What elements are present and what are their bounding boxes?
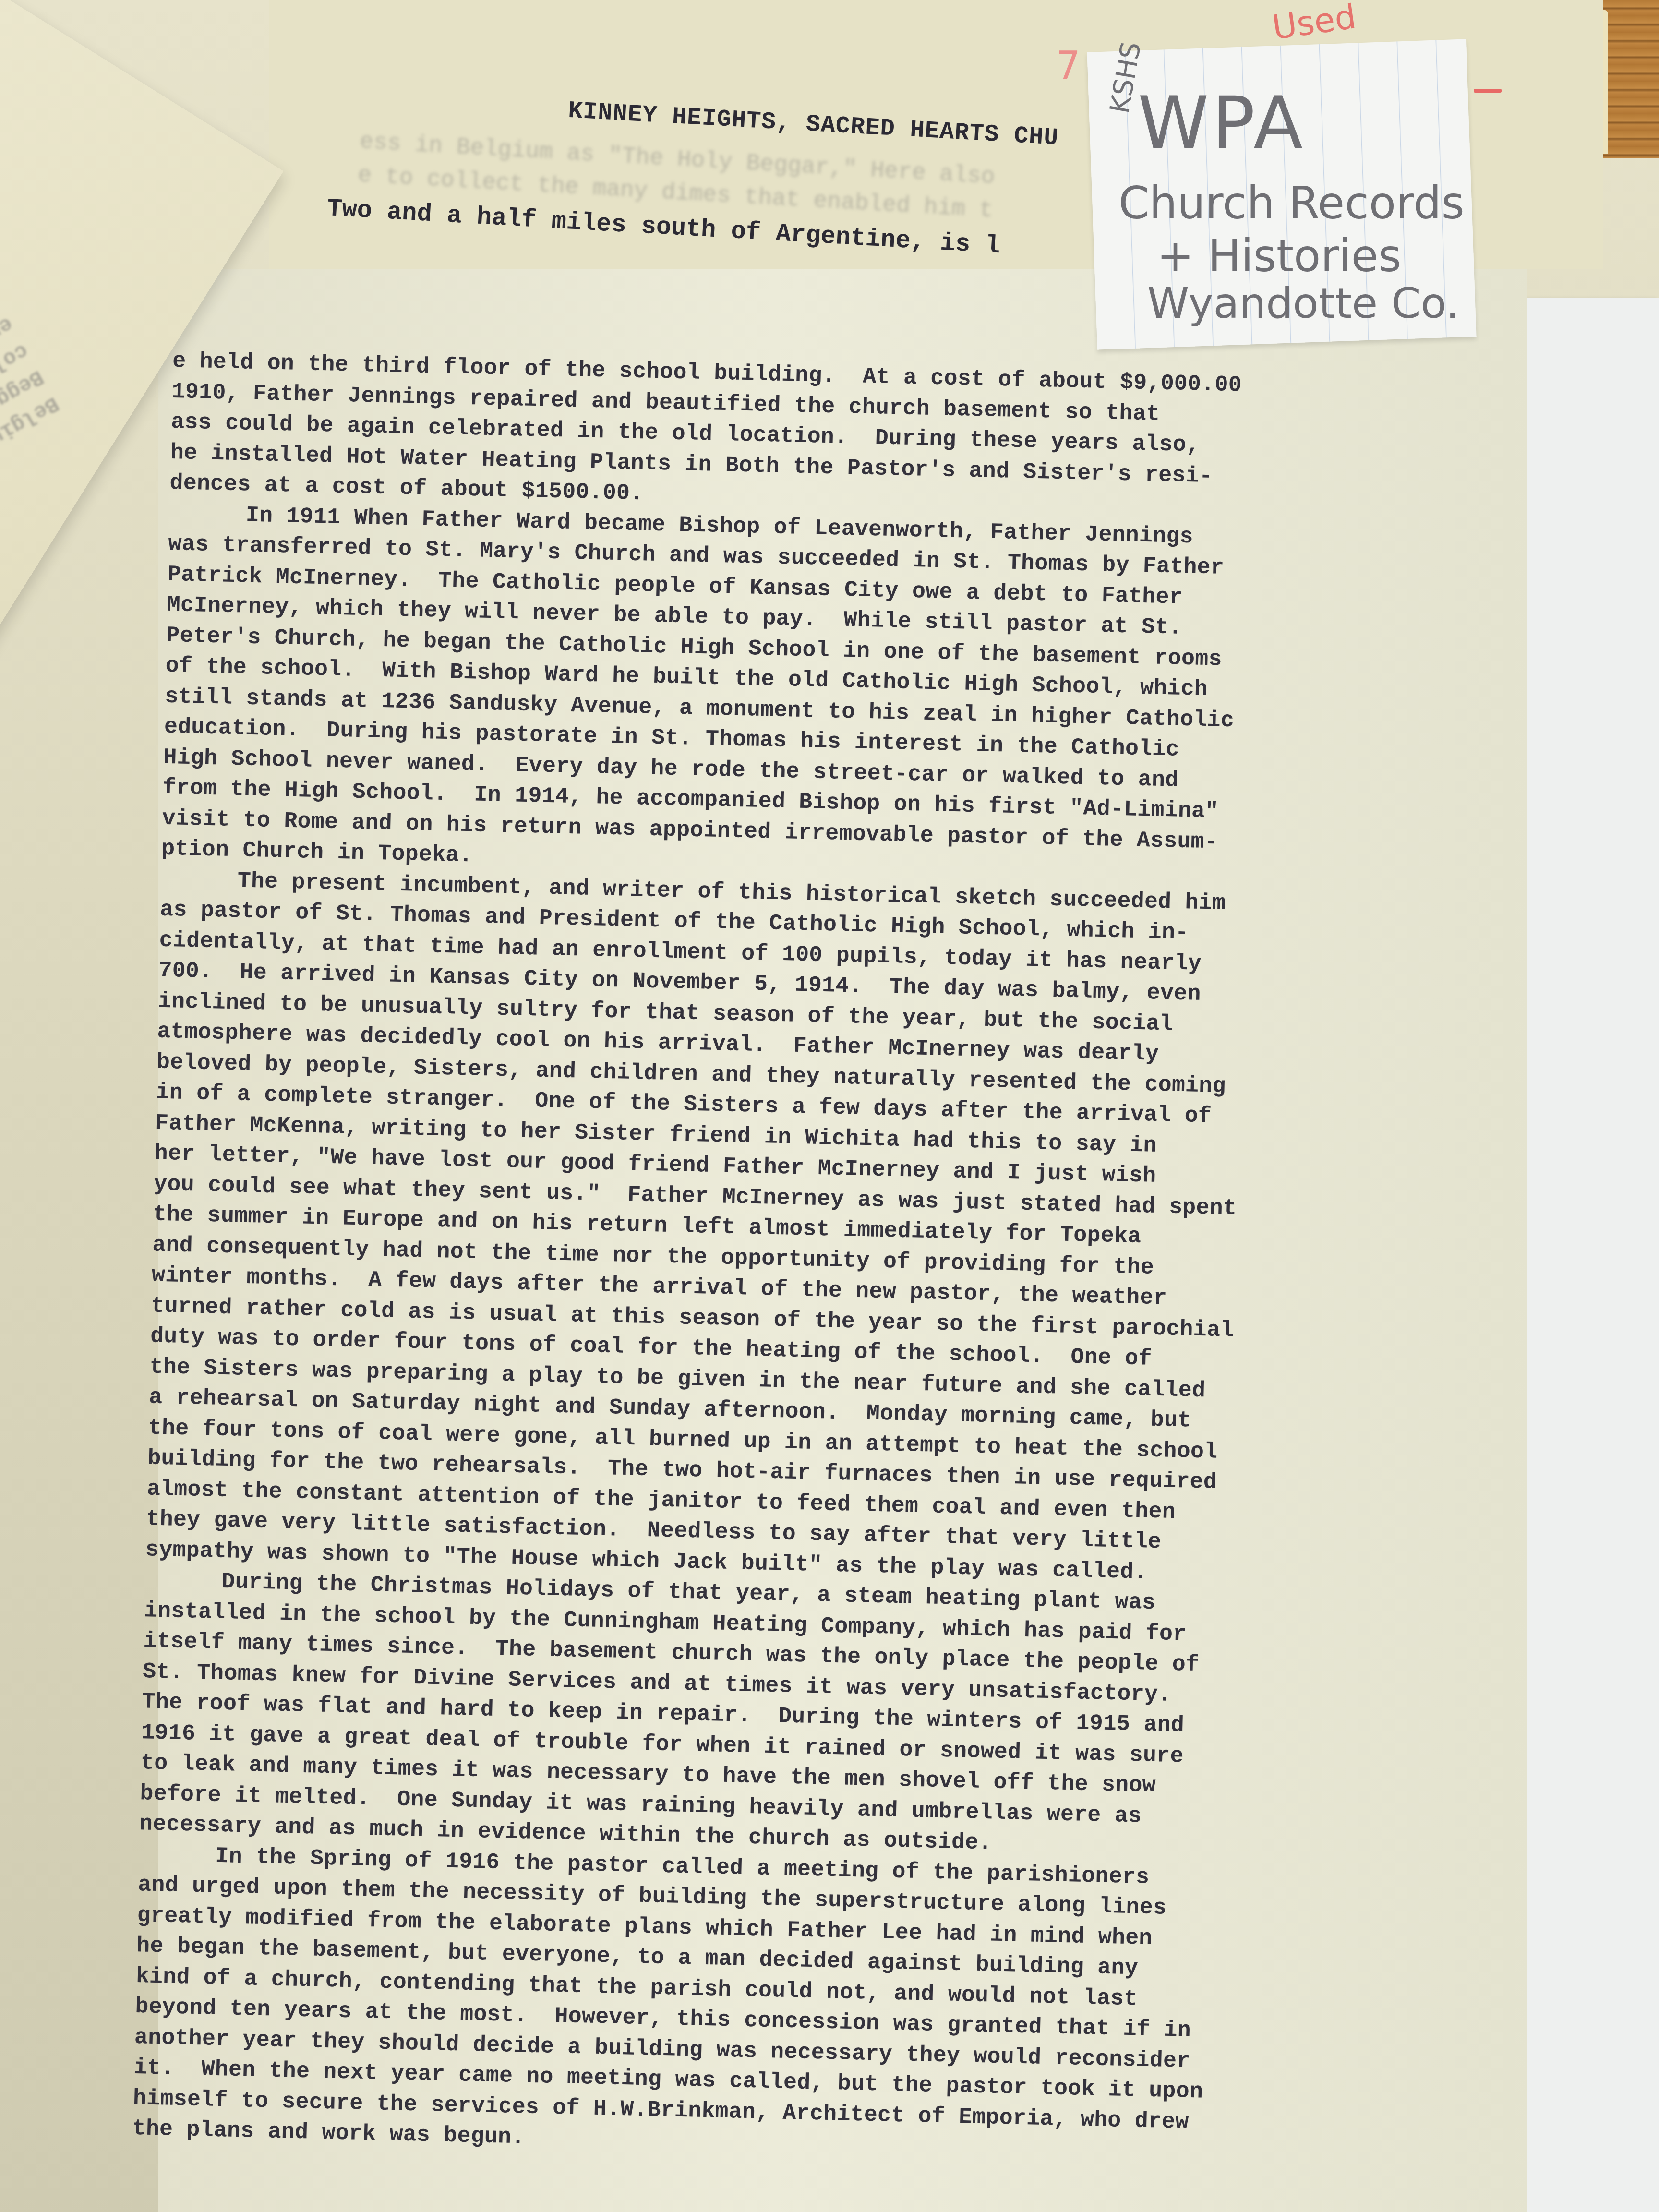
index-card-wpa: WPA bbox=[1138, 82, 1306, 165]
curled-page-text: Belgium Holy Beggar, Here collect dimes … bbox=[0, 0, 64, 540]
red-pencil-dash bbox=[1474, 89, 1502, 93]
document-title: KINNEY HEIGHTS, SACRED HEARTS CHU bbox=[567, 97, 1059, 152]
typed-page-body: e held on the third floor of the school … bbox=[132, 346, 1468, 2173]
red-pencil-mark: 7 bbox=[1056, 43, 1081, 88]
index-card-county: Wyandotte Co. bbox=[1147, 278, 1459, 328]
white-sheet-edge bbox=[1527, 298, 1659, 2212]
index-card-church-records: Church Records bbox=[1118, 178, 1465, 229]
index-card-histories: + Histories bbox=[1157, 230, 1401, 282]
